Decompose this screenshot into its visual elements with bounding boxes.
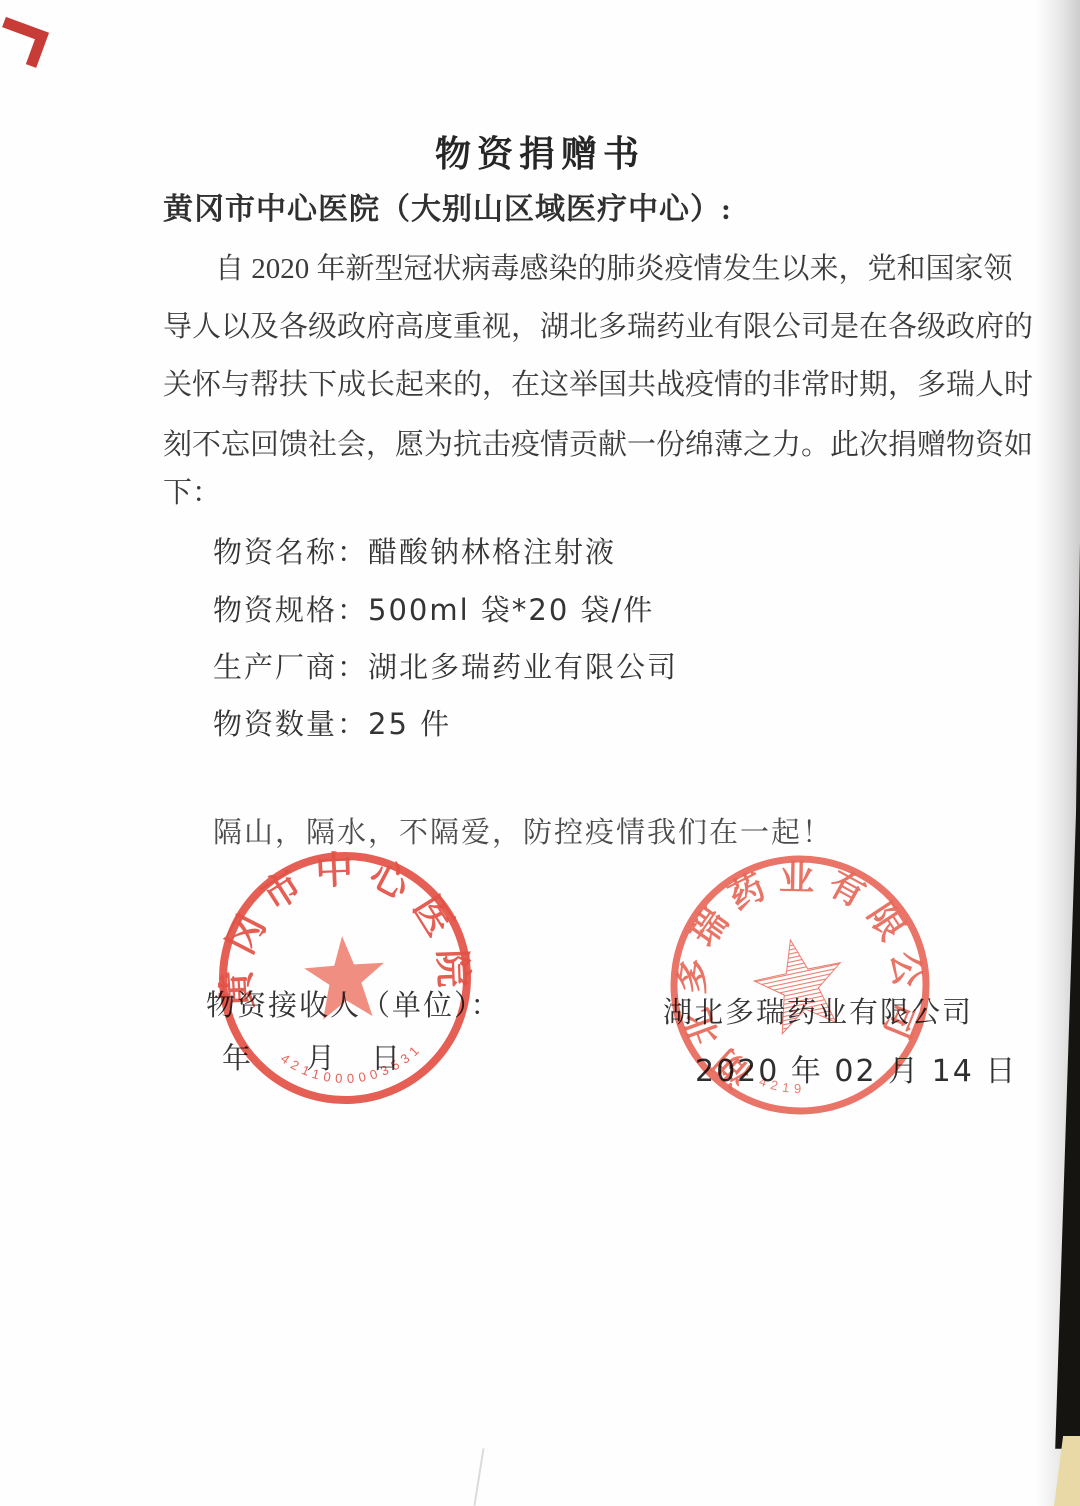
item-label: 生产厂商： [213, 652, 368, 684]
hospital-seal: 黄冈市中心医院 4211000003531 [185, 818, 505, 1138]
paragraph-line: 自 2020 年新型冠状病毒感染的肺炎疫情发生以来，党和国家领 [215, 246, 930, 287]
item-value: 500ml 袋*20 袋/件 [368, 593, 654, 627]
document-title: 物资捐赠书 [0, 126, 1080, 177]
addressee-line: 黄冈市中心医院（大别山区域医疗中心）: [163, 184, 1023, 228]
scanned-document-page: 物资捐赠书 黄冈市中心医院（大别山区域医疗中心）: 自 2020 年新型冠状病毒… [0, 0, 1080, 1506]
paragraph-line: 下： [163, 470, 930, 511]
company-seal: 湖北多瑞药业有限公司 4219 [622, 807, 978, 1163]
item-value: 醋酸钠林格注射液 [368, 535, 616, 569]
paragraph-line: 刻不忘回馈社会，愿为抗击疫情贡献一份绵薄之力。此次捐赠物资如 [163, 422, 930, 463]
item-spec-row: 物资规格：500ml 袋*20 袋/件 [213, 588, 654, 629]
star-icon [747, 931, 852, 1037]
paragraph-line: 关怀与帮扶下成长起来的，在这举国共战疫情的非常时期，多瑞人时 [163, 362, 930, 403]
item-value: 湖北多瑞药业有限公司 [368, 650, 678, 684]
item-manufacturer-row: 生产厂商：湖北多瑞药业有限公司 [213, 645, 678, 686]
seal-serial-number: 4219 [755, 1065, 810, 1106]
star-icon [302, 933, 388, 1020]
item-label: 物资名称： [213, 537, 368, 569]
item-label: 物资规格： [213, 595, 368, 627]
item-name-row: 物资名称：醋酸钠林格注射液 [213, 530, 616, 571]
paragraph-line: 导人以及各级政府高度重视，湖北多瑞药业有限公司是在各级政府的 [163, 304, 930, 345]
scan-artifact-line [473, 1448, 484, 1506]
red-corner-mark [0, 6, 60, 76]
item-quantity-row: 物资数量：25 件 [213, 702, 451, 743]
item-label: 物资数量： [213, 709, 368, 741]
item-value: 25 件 [368, 707, 451, 741]
